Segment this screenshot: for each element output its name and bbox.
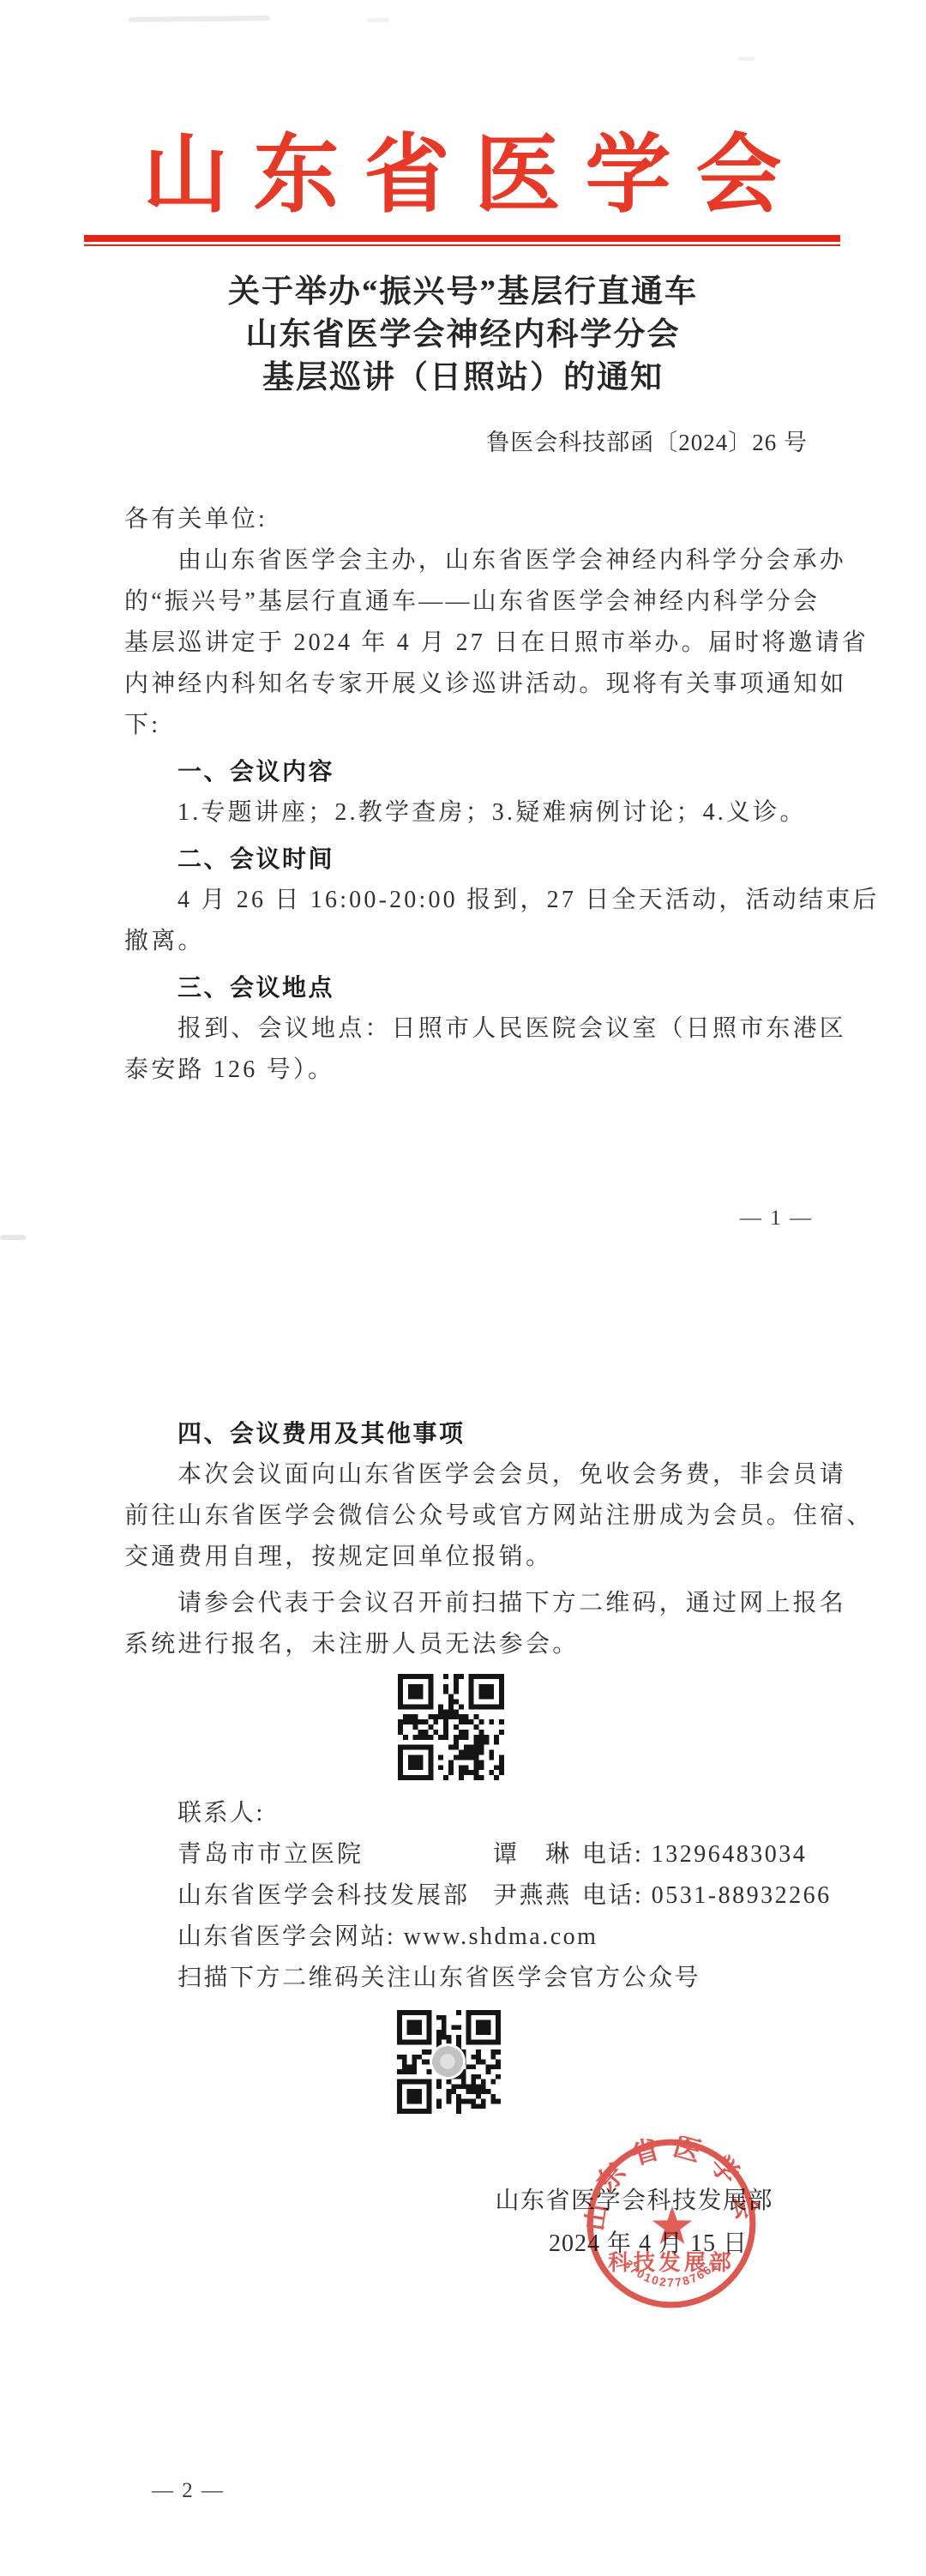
contact-label: 联系人: (177, 1793, 875, 1834)
qr-center-logo-icon (432, 2046, 463, 2077)
page-number-1: — 1 — (740, 1207, 813, 1231)
section-1-heading: 一、会议内容 (124, 751, 830, 792)
contact-row: 青岛市市立医院谭 琳电话: 13296483034 (177, 1834, 875, 1875)
salutation: 各有关单位: (124, 499, 830, 540)
page1-body: 各有关单位: 由山东省医学会主办，山东省医学会神经内科学分会承办 的“振兴号”基… (124, 499, 830, 1091)
section-3-heading: 三、会议地点 (124, 967, 830, 1008)
intro-line: 下: (124, 705, 830, 746)
section-4-body-line: 前往山东省医学会微信公众号或官方网站注册成为会员。住宿、 (124, 1496, 830, 1537)
scan-artifact (737, 57, 755, 61)
section-4-body-line: 本次会议面向山东省医学会会员，免收会务费，非会员请 (124, 1454, 830, 1496)
page-number-2: — 2 — (152, 2479, 225, 2503)
section-4-body-line: 交通费用自理，按规定回单位报销。 (124, 1537, 830, 1578)
section-2-body-line: 撤离。 (124, 921, 830, 962)
contact-row: 山东省医学会科技发展部尹燕燕电话: 0531-88932266 (177, 1875, 875, 1917)
intro-line: 的“振兴号”基层行直通车——山东省医学会神经内科学分会 (124, 581, 830, 623)
contact-name: 谭 琳 (493, 1834, 582, 1875)
intro-line: 基层巡讲定于 2024 年 4 月 27 日在日照市举办。届时将邀请省 (124, 623, 830, 664)
official-seal: 山东省医学会 科技发展部 3701027787661 (584, 2136, 759, 2311)
contact-org: 青岛市市立医院 (177, 1834, 493, 1875)
scanned-notice-document: 山 东 省 医 学 会 关于举办“振兴号”基层行直通车 山东省医学会神经内科学分… (0, 0, 926, 2576)
website-line: 山东省医学会网站: www.shdma.com (177, 1917, 875, 1958)
letterhead-org-name: 山 东 省 医 学 会 (0, 129, 926, 223)
section-4-body-line: 系统进行报名，未注册人员无法参会。 (124, 1624, 830, 1665)
document-title-line-1: 关于举办“振兴号”基层行直通车 (0, 271, 926, 314)
section-2-heading: 二、会议时间 (124, 839, 830, 880)
scan-artifact (367, 18, 389, 22)
contact-phone: 电话: 13296483034 (582, 1841, 807, 1868)
registration-qr-code (398, 1674, 504, 1780)
contact-phone: 电话: 0531-88932266 (582, 1882, 832, 1909)
document-title-line-3: 基层巡讲（日照站）的通知 (0, 357, 926, 400)
page2-body: 四、会议费用及其他事项 本次会议面向山东省医学会会员，免收会务费，非会员请 前往… (124, 1413, 830, 1665)
section-1-body: 1.专题讲座；2.教学查房；3.疑难病例讨论；4.义诊。 (124, 792, 830, 834)
contact-org: 山东省医学会科技发展部 (177, 1875, 493, 1917)
document-reference-number: 鲁医会科技部函〔2024〕26 号 (486, 424, 808, 457)
contact-block: 联系人: 青岛市市立医院谭 琳电话: 13296483034 山东省医学会科技发… (177, 1793, 875, 1999)
section-2-body-line: 4 月 26 日 16:00-20:00 报到，27 日全天活动，活动结束后 (124, 880, 830, 921)
document-title-line-2: 山东省医学会神经内科学分会 (0, 314, 926, 357)
section-4-heading: 四、会议费用及其他事项 (124, 1413, 830, 1454)
letterhead-divider (84, 235, 840, 246)
document-title: 关于举办“振兴号”基层行直通车 山东省医学会神经内科学分会 基层巡讲（日照站）的… (0, 271, 926, 400)
contact-name: 尹燕燕 (493, 1875, 582, 1917)
intro-line: 由山东省医学会主办，山东省医学会神经内科学分会承办 (124, 540, 830, 581)
scan-artifact (129, 15, 270, 22)
section-3-body-line: 报到、会议地点：日照市人民医院会议室（日照市东港区 (124, 1008, 830, 1050)
section-4-body-line: 请参会代表于会议召开前扫描下方二维码，通过网上报名 (124, 1583, 830, 1624)
scan-artifact (0, 1235, 26, 1240)
section-3-body-line: 泰安路 126 号）。 (124, 1050, 830, 1091)
qr-caption: 扫描下方二维码关注山东省医学会官方公众号 (177, 1958, 875, 1999)
seal-star-icon (652, 2206, 693, 2244)
intro-line: 内神经内科知名专家开展义诊巡讲活动。现将有关事项通知如 (124, 664, 830, 705)
